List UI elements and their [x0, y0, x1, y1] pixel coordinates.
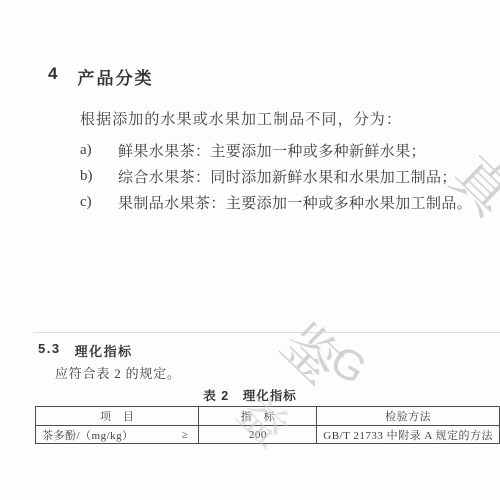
- section-4-title: 产品分类: [77, 64, 153, 89]
- clause-text: 综合水果茶：同时添加新鲜水果和水果加工制品；: [118, 166, 457, 187]
- table-2-physical-chemical-indicators: 项 目 指 标 检验方法 茶多酚/（mg/kg） ≥ 200 GB/T 2173…: [35, 406, 500, 444]
- section-5-3-body: 应符合表 2 的规定。: [55, 363, 181, 382]
- clause-list: a) 鲜果水果茶：主要添加一种或多种新鲜水果； b) 综合水果茶：同时添加新鲜水…: [80, 137, 472, 215]
- watermark-glyph: G: [323, 339, 373, 392]
- section-5-3-number: 5.3: [38, 341, 61, 360]
- page-divider-line: [33, 332, 500, 333]
- cell-item: 茶多酚/（mg/kg） ≥: [36, 426, 199, 444]
- clause-text: 果制品水果茶：主要添加一种或多种水果加工制品。: [118, 192, 472, 213]
- item-name: 茶多酚/（mg/kg）: [42, 427, 134, 443]
- section-5-3-title: 理化指标: [75, 341, 133, 360]
- cell-method: GB/T 21733 中附录 A 规定的方法: [317, 426, 500, 444]
- section-4-heading: 4 产品分类: [48, 64, 153, 89]
- clause-label: c): [80, 194, 118, 211]
- cell-value: 200: [199, 426, 317, 444]
- clause-item-c: c) 果制品水果茶：主要添加一种或多种水果加工制品。: [80, 189, 472, 215]
- section-4-intro: 根据添加的水果或水果加工制品不同，分为：: [80, 108, 402, 129]
- clause-text: 鲜果水果茶：主要添加一种或多种新鲜水果；: [118, 140, 426, 161]
- relation-symbol: ≥: [182, 429, 193, 441]
- clause-label: b): [80, 168, 118, 185]
- clause-label: a): [80, 142, 118, 159]
- clause-item-a: a) 鲜果水果茶：主要添加一种或多种新鲜水果；: [80, 137, 472, 163]
- clause-item-b: b) 综合水果茶：同时添加新鲜水果和水果加工制品；: [80, 163, 472, 189]
- header-value: 指 标: [199, 407, 317, 426]
- section-4-number: 4: [48, 64, 59, 89]
- table-row: 茶多酚/（mg/kg） ≥ 200 GB/T 21733 中附录 A 规定的方法: [36, 426, 500, 444]
- header-item: 项 目: [36, 407, 199, 426]
- section-5-3-heading: 5.3 理化指标: [38, 341, 133, 360]
- table-2-caption: 表 2 理化指标: [0, 386, 500, 404]
- header-method: 检验方法: [317, 407, 500, 426]
- watermark-glyph: 鉴: [271, 314, 350, 393]
- table-header-row: 项 目 指 标 检验方法: [36, 407, 500, 426]
- document-page: 4 产品分类 根据添加的水果或水果加工制品不同，分为： a) 鲜果水果茶：主要添…: [0, 0, 500, 500]
